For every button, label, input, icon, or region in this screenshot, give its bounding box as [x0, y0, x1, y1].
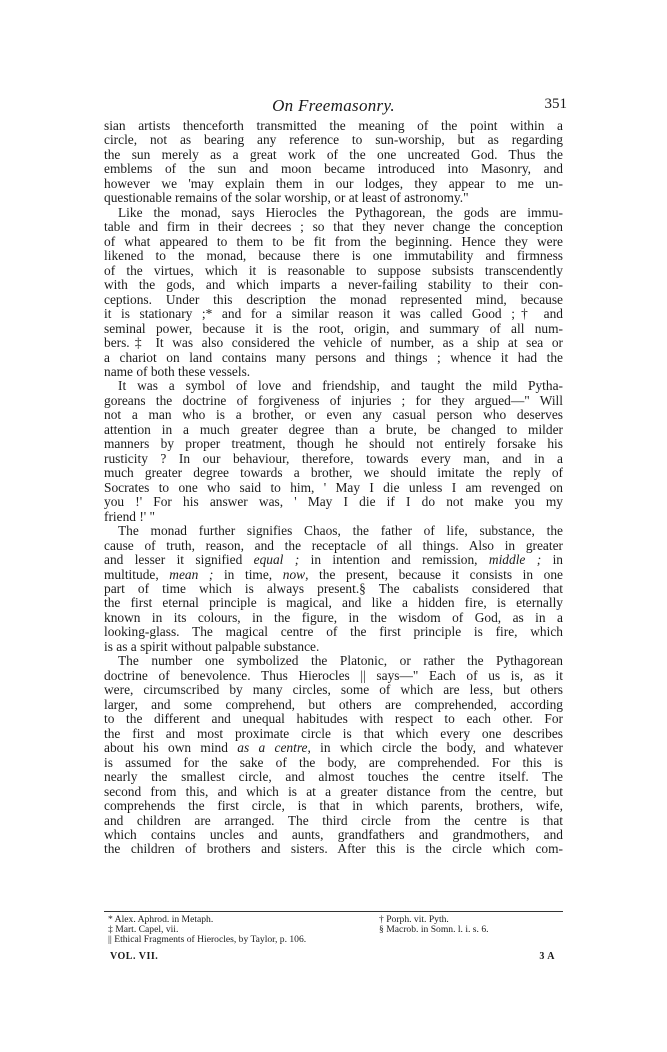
footnote-row: || Ethical Fragments of Hierocles, by Ta… [108, 935, 558, 945]
text-line: questionable remains of the solar worshi… [104, 191, 563, 205]
text-line: and lesser it signified equal ; in inten… [104, 553, 563, 567]
text-line: the first and most proximate circle is t… [104, 727, 563, 741]
text-line: comprehends the first circle, is that in… [104, 799, 563, 813]
text-line: the sun merely as a great work of the on… [104, 148, 563, 162]
page-number: 351 [545, 96, 568, 113]
text-line: seminal power, because it is the root, o… [104, 322, 563, 336]
text-line: a chariot on land contains many persons … [104, 351, 563, 365]
footnote-rule [104, 911, 563, 912]
text-line: with the gods, and which imparts a never… [104, 278, 563, 292]
text-run: , in which circle the body, and whatever [307, 740, 563, 755]
text-run: in intention and remission, [299, 552, 489, 567]
italic-term: as a centre [237, 740, 307, 755]
text-line: attention in a much greater degree than … [104, 423, 563, 437]
text-line: looking-glass. The magical centre of the… [104, 625, 563, 639]
text-line: multitude, mean ; in time, now, the pres… [104, 568, 563, 582]
text-line: not a man who is a brother, or even any … [104, 408, 563, 422]
running-title: On Freemasonry. [104, 96, 563, 116]
text-line: however we 'may explain them in our lodg… [104, 177, 563, 191]
volume-label: VOL. VII. [110, 951, 158, 962]
footnote: || Ethical Fragments of Hierocles, by Ta… [108, 935, 306, 945]
text-line: you !' For his answer was, ' May I die i… [104, 495, 563, 509]
text-line: the first eternal principle is magical, … [104, 596, 563, 610]
italic-term: mean ; [169, 567, 213, 582]
text-run: and lesser it signified [104, 552, 254, 567]
text-line: goreans the doctrine of forgiveness of i… [104, 394, 563, 408]
text-line: manners by proper treatment, though he s… [104, 437, 563, 451]
body-text: sian artists thenceforth transmitted the… [104, 119, 563, 857]
text-line: about his own mind as a centre, in which… [104, 741, 563, 755]
text-line: cause of truth, reason, and the receptac… [104, 539, 563, 553]
text-line: second from this, and which is at a grea… [104, 785, 563, 799]
text-line: ceptions. Under this description the mon… [104, 293, 563, 307]
text-line: Socrates to one who said to him, ' May I… [104, 481, 563, 495]
text-line: part of time which is always present.§ T… [104, 582, 563, 596]
text-line: circle, not as bearing any reference to … [104, 133, 563, 147]
italic-term: middle ; [489, 552, 541, 567]
text-line: which contains uncles and aunts, grandfa… [104, 828, 563, 842]
text-line: of the virtues, which it is reasonable t… [104, 264, 563, 278]
text-line: emblems of the sun and moon became intro… [104, 162, 563, 176]
text-run: , the present, because it consists in on… [305, 567, 563, 582]
running-head: On Freemasonry. 351 [104, 96, 563, 116]
text-run: multitude, [104, 567, 169, 582]
text-line: doctrine of benevolence. Thus Hierocles … [104, 669, 563, 683]
text-line: The number one symbolized the Platonic, … [104, 654, 563, 668]
text-line: much greater degree towards a brother, w… [104, 466, 563, 480]
text-line: Like the monad, says Hierocles the Pytha… [104, 206, 563, 220]
signature-mark: 3 A [539, 951, 555, 962]
italic-term: now [283, 567, 305, 582]
text-run: in [541, 552, 563, 567]
text-line: likened to the monad, because there is o… [104, 249, 563, 263]
text-line: The monad further signifies Chaos, the f… [104, 524, 563, 538]
text-line: it is stationary ;* and for a similar re… [104, 307, 563, 321]
text-line: larger, and some comprehend, but others … [104, 698, 563, 712]
text-line: is assumed for the sake of the body, are… [104, 756, 563, 770]
text-line: It was a symbol of love and friendship, … [104, 379, 563, 393]
text-line: nearly the smallest circle, and almost t… [104, 770, 563, 784]
text-run: about his own mind [104, 740, 237, 755]
text-line: known in its colours, in the figure, in … [104, 611, 563, 625]
text-line: rusticity ? In our behaviour, therefore,… [104, 452, 563, 466]
text-line: table and firm in their decrees ; so tha… [104, 220, 563, 234]
text-line: of what appeared to them to be fit from … [104, 235, 563, 249]
text-line: to the different and unequal habitudes w… [104, 712, 563, 726]
text-line: the children of brothers and sisters. Af… [104, 842, 563, 856]
footnotes: * Alex. Aphrod. in Metaph.† Porph. vit. … [108, 915, 558, 946]
book-page: On Freemasonry. 351 sian artists thencef… [0, 0, 667, 1052]
text-line: were, circumscribed by many circles, som… [104, 683, 563, 697]
text-line: friend !' " [104, 510, 563, 524]
text-line: is as a spirit without palpable substanc… [104, 640, 563, 654]
text-run: in time, [213, 567, 282, 582]
footnote: § Macrob. in Somn. l. i. s. 6. [379, 925, 489, 935]
text-line: name of both these vessels. [104, 365, 563, 379]
text-line: and children are arranged. The third cir… [104, 814, 563, 828]
text-line: bers.‡ It was also considered the vehicl… [104, 336, 563, 350]
text-line: sian artists thenceforth transmitted the… [104, 119, 563, 133]
italic-term: equal ; [254, 552, 300, 567]
